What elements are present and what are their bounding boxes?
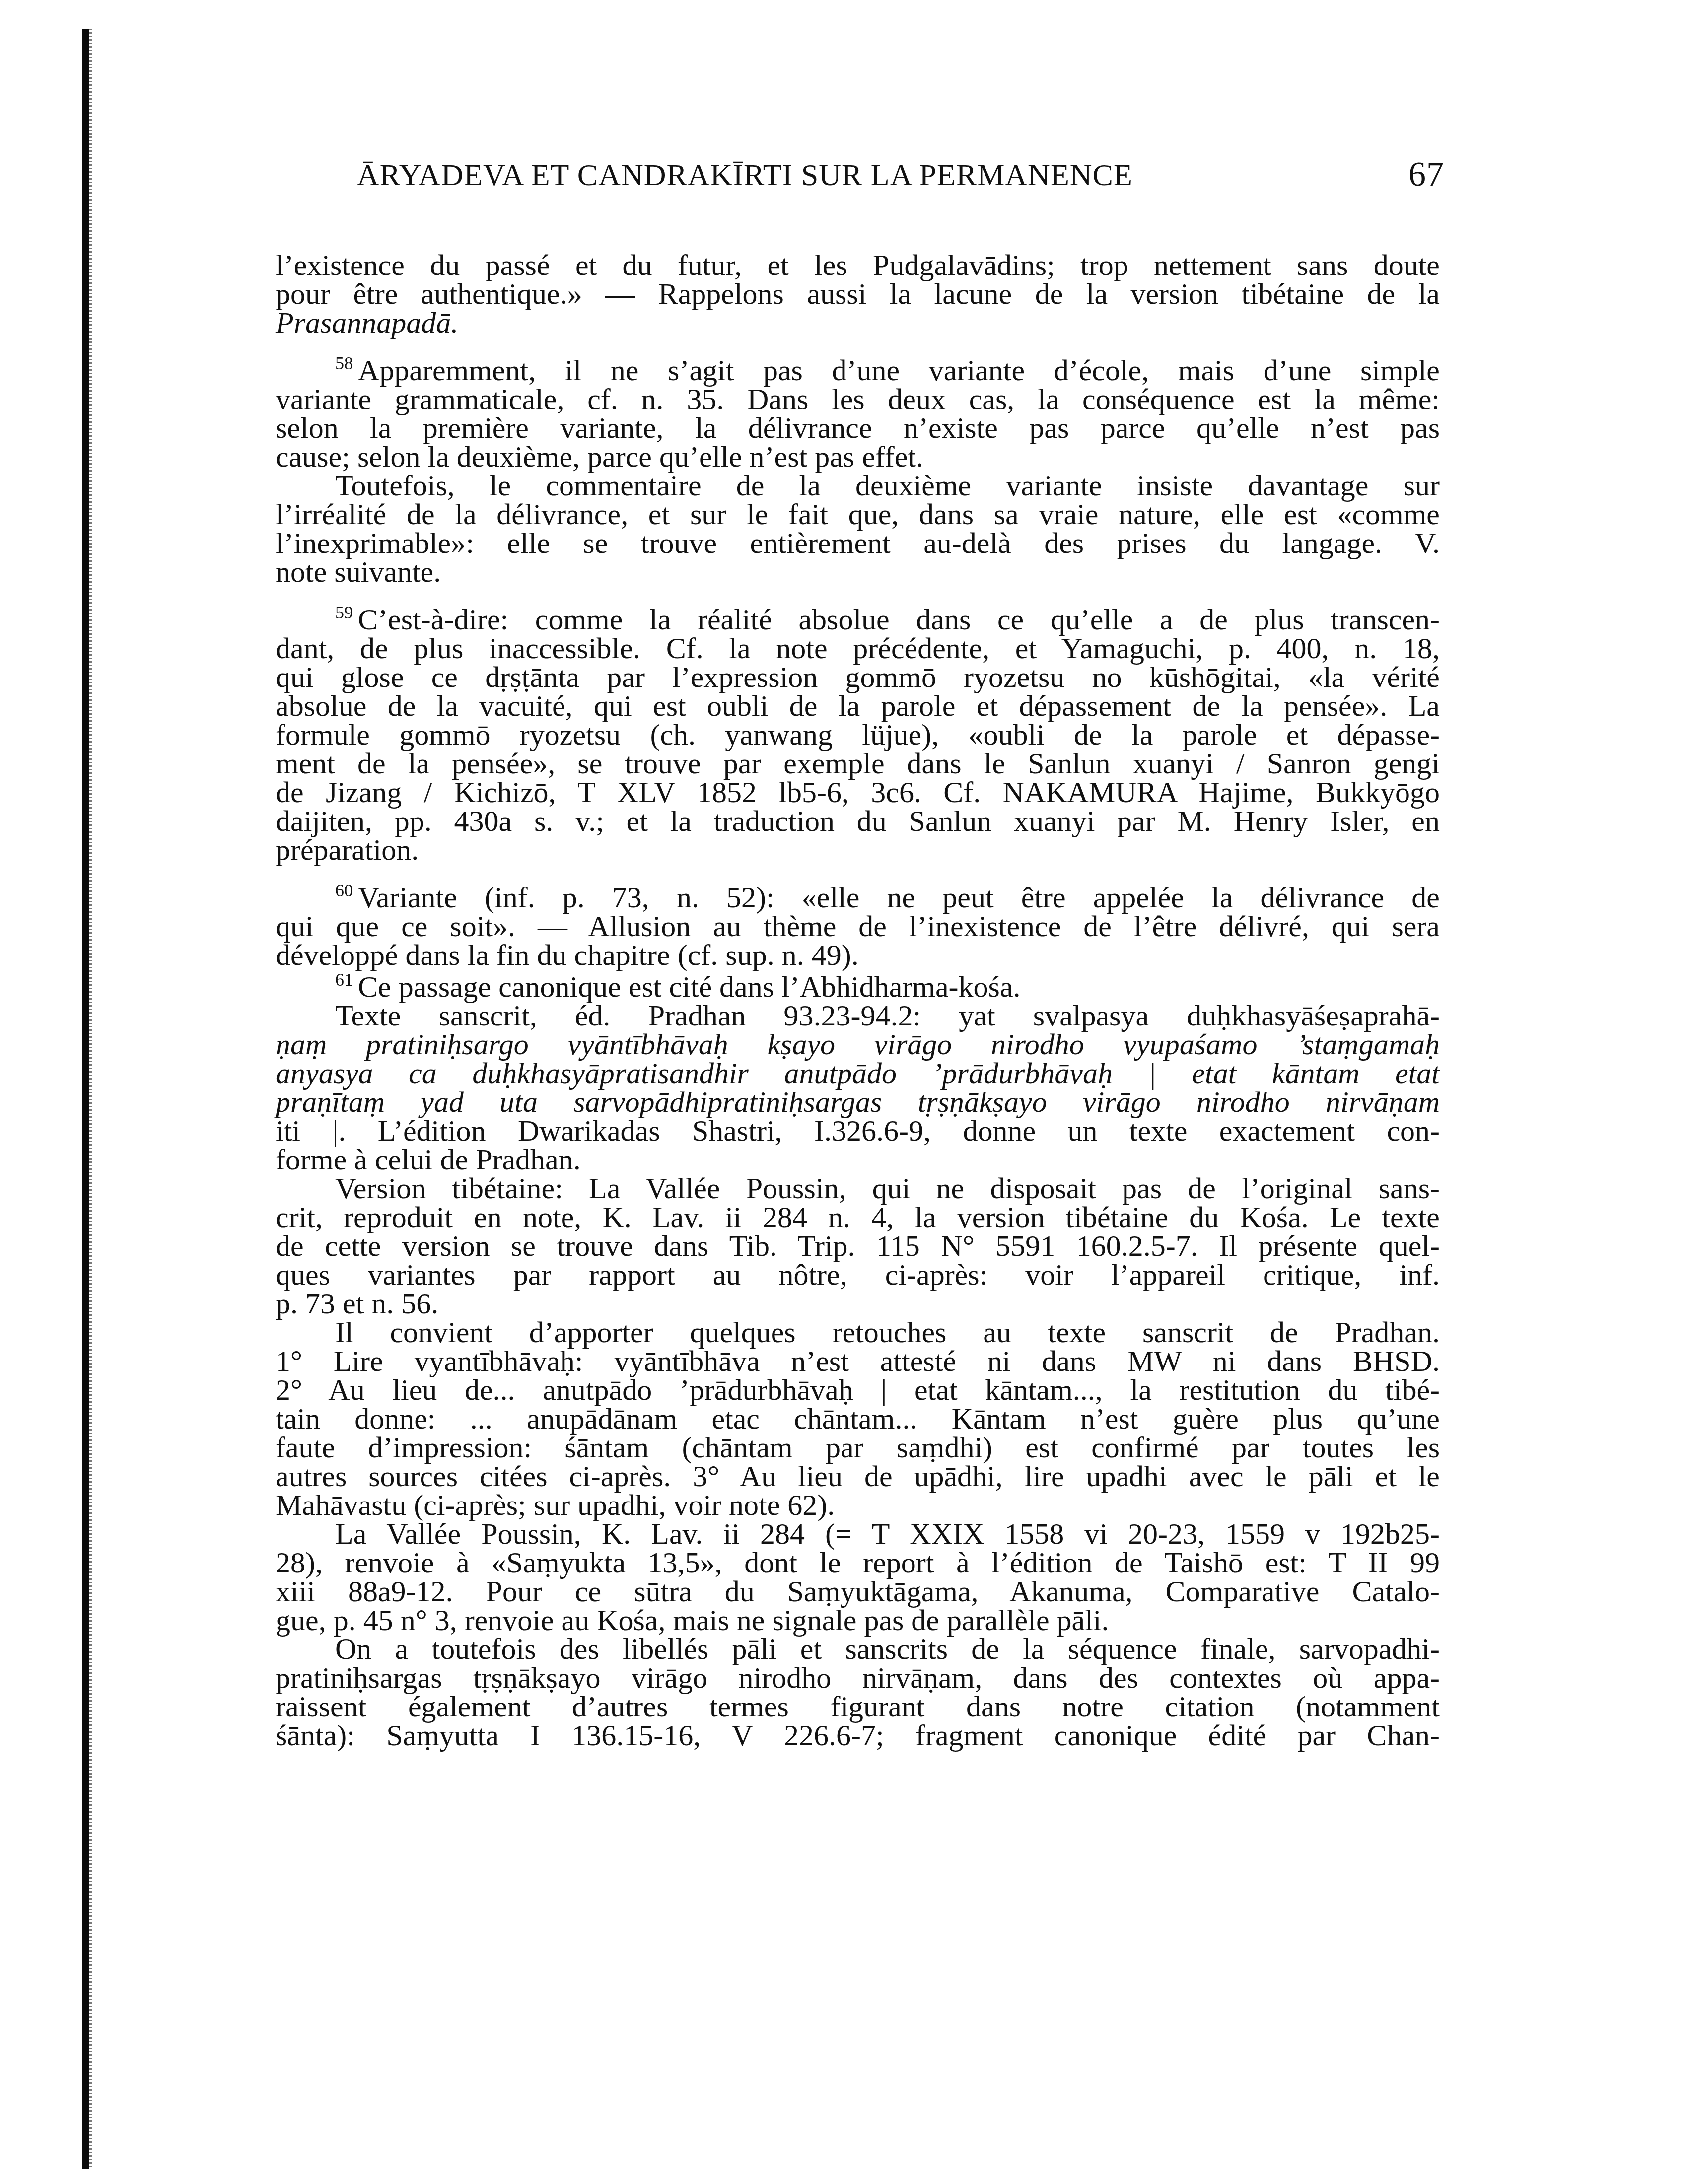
text-line: Texte sanscrit, éd. Pradhan 93.23-94.2: … — [276, 1001, 1440, 1030]
text-line: 28), renvoie à «Saṃyukta 13,5», dont le … — [276, 1548, 1440, 1577]
text-line: ques variantes par rapport au nôtre, ci-… — [276, 1260, 1440, 1289]
page-binding-edge — [82, 29, 89, 2169]
footnote-number: 58 — [335, 353, 353, 373]
text-line: de Jizang / Kichizō, T XLV 1852 lb5-6, 3… — [276, 778, 1440, 807]
text-line: l’existence du passé et du futur, et les… — [276, 251, 1440, 279]
text-line: faute d’impression: śāntam (chāntam par … — [276, 1433, 1440, 1462]
text-line: iti |. L’édition Dwarikadas Shastri, I.3… — [276, 1116, 1440, 1145]
footnotes-body: l’existence du passé et du futur, et les… — [276, 251, 1440, 1750]
text-line: l’irréalité de la délivrance, et sur le … — [276, 500, 1440, 529]
text-line: tain donne: ... anupādānam etac chāntam.… — [276, 1404, 1440, 1433]
text-line: note suivante. — [276, 557, 1440, 586]
footnote-61-lvp-reference: La Vallée Poussin, K. Lav. ii 284 (= T X… — [276, 1519, 1440, 1635]
text-line: crit, reproduit en note, K. Lav. ii 284 … — [276, 1203, 1440, 1231]
text-line: Variante (inf. p. 73, n. 52): «elle ne p… — [358, 881, 1440, 914]
footnote-61-pali-parallels: On a toutefois des libellés pāli et sans… — [276, 1635, 1440, 1750]
running-head-title: ĀRYADEVA ET CANDRAKĪRTI SUR LA PERMANENC… — [357, 158, 1133, 193]
text-line: raissent également d’autres termes figur… — [276, 1692, 1440, 1721]
footnote-59: 59C’est-à-dire: comme la réalité absolue… — [276, 605, 1440, 864]
text-line: 2° Au lieu de... anutpādo ’prādurbhāvaḥ … — [276, 1375, 1440, 1404]
text-line: daijiten, pp. 430a s. v.; et la traducti… — [276, 807, 1440, 835]
text-line: anyasya ca duḥkhasyāpratisandhir anutpād… — [276, 1059, 1440, 1088]
text-line: qui que ce soit». — Allusion au thème de… — [276, 912, 1440, 941]
text-line: formule gommō ryozetsu (ch. yanwang lüju… — [276, 720, 1440, 749]
text-line: praṇītaṃ yad uta sarvopādhipratiniḥsarga… — [276, 1088, 1440, 1116]
text-line: absolue de la vacuité, qui est oubli de … — [276, 691, 1440, 720]
footnote-61: 61Ce passage canonique est cité dans l’A… — [276, 972, 1440, 1001]
text-line: autres sources citées ci-après. 3° Au li… — [276, 1462, 1440, 1491]
text-line: ment de la pensée», se trouve par exempl… — [276, 749, 1440, 778]
text-line: Ce passage canonique est cité dans l’Abh… — [358, 970, 1021, 1003]
footnote-61-corrections: Il convient d’apporter quelques retouche… — [276, 1318, 1440, 1519]
text-line: pour être authentique.» — Rappelons auss… — [276, 279, 1440, 308]
text-line: śānta): Saṃyutta I 136.15-16, V 226.6-7;… — [276, 1721, 1440, 1750]
text-line: cause; selon la deuxième, parce qu’elle … — [276, 442, 1440, 471]
text-line: développé dans la fin du chapitre (cf. s… — [276, 941, 1440, 969]
footnote-number: 60 — [335, 881, 353, 900]
text-line: Il convient d’apporter quelques retouche… — [276, 1318, 1440, 1347]
footnote-number: 59 — [335, 603, 353, 622]
text-line: 1° Lire vyantībhāvaḥ: vyāntībhāva n’est … — [276, 1347, 1440, 1375]
running-head: ĀRYADEVA ET CANDRAKĪRTI SUR LA PERMANENC… — [357, 158, 1444, 193]
footnote-58: 58Apparemment, il ne s’agit pas d’une va… — [276, 356, 1440, 471]
text-line: p. 73 et n. 56. — [276, 1289, 1440, 1318]
text-line: selon la première variante, la délivranc… — [276, 413, 1440, 442]
footnote-number: 61 — [335, 970, 353, 990]
footnote-61-tibetan-version: Version tibétaine: La Vallée Poussin, qu… — [276, 1174, 1440, 1318]
text-line: On a toutefois des libellés pāli et sans… — [276, 1635, 1440, 1663]
text-line: Mahāvastu (ci-après; sur upadhi, voir no… — [276, 1491, 1440, 1519]
text-line: l’inexprimable»: elle se trouve entièrem… — [276, 529, 1440, 557]
text-line: forme à celui de Pradhan. — [276, 1145, 1440, 1174]
text-line: gue, p. 45 n° 3, renvoie au Kośa, mais n… — [276, 1606, 1440, 1635]
text-line: ṇaṃ pratiniḥsargo vyāntībhāvaḥ kṣayo vir… — [276, 1030, 1440, 1059]
page-number: 67 — [1408, 155, 1444, 195]
footnote-58-paragraph-2: Toutefois, le commentaire de la deuxième… — [276, 471, 1440, 586]
text-line: préparation. — [276, 835, 1440, 864]
text-line: pratiniḥsargas tṛṣṇākṣayo virāgo nirodho… — [276, 1663, 1440, 1692]
footnote-60: 60Variante (inf. p. 73, n. 52): «elle ne… — [276, 883, 1440, 969]
text-line: Prasannapadā. — [276, 308, 1440, 337]
text-line: Version tibétaine: La Vallée Poussin, qu… — [276, 1174, 1440, 1203]
text-line: variante grammaticale, cf. n. 35. Dans l… — [276, 385, 1440, 413]
text-line: Toutefois, le commentaire de la deuxième… — [276, 471, 1440, 500]
text-line: xiii 88a9-12. Pour ce sūtra du Saṃyuktāg… — [276, 1577, 1440, 1606]
text-line: La Vallée Poussin, K. Lav. ii 284 (= T X… — [276, 1519, 1440, 1548]
text-line: C’est-à-dire: comme la réalité absolue d… — [358, 603, 1440, 636]
text-line: de cette version se trouve dans Tib. Tri… — [276, 1231, 1440, 1260]
footnote-57-continuation: l’existence du passé et du futur, et les… — [276, 251, 1440, 337]
text-line: dant, de plus inaccessible. Cf. la note … — [276, 634, 1440, 663]
text-line: qui glose ce dṛṣṭānta par l’expression g… — [276, 663, 1440, 691]
footnote-61-sanskrit-text: Texte sanscrit, éd. Pradhan 93.23-94.2: … — [276, 1001, 1440, 1174]
text-line: Apparemment, il ne s’agit pas d’une vari… — [358, 354, 1440, 387]
